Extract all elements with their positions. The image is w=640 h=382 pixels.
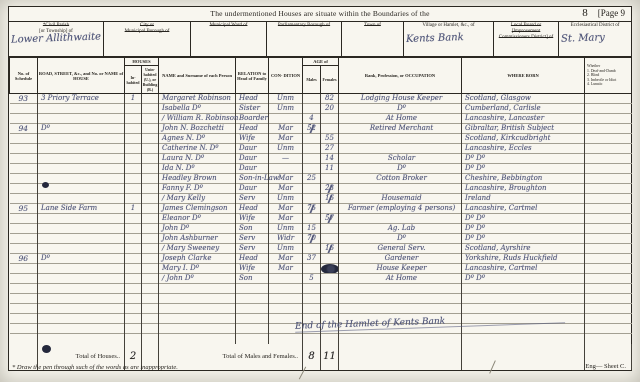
house-name [38, 134, 125, 144]
where-born: Dº Dº [462, 274, 585, 284]
person-name: John Dº [159, 274, 236, 284]
column-headers: No. of Schedule ROAD, STREET, &c., and N… [10, 58, 632, 94]
uninhabited-mark [142, 124, 159, 134]
age-male [303, 194, 321, 204]
table-row: 93 3 Priory Terrace 1 Margaret Robinson … [10, 94, 632, 104]
age-female [321, 124, 339, 134]
schedule-number [10, 304, 38, 314]
house-name [38, 274, 125, 284]
age-female [321, 264, 339, 274]
occupation: At Home [339, 274, 462, 284]
person-name: Eleanor Dº [159, 214, 236, 224]
col-header-males: Males [303, 66, 321, 94]
occupation [339, 304, 462, 314]
condition [269, 164, 303, 174]
age-female: 14 [321, 154, 339, 164]
infirmity [585, 304, 632, 314]
where-born: Lancashire, Eccles [462, 144, 585, 154]
infirmity-item-2: 2. Blind [587, 73, 599, 77]
person-name: William R. Robinson [159, 114, 236, 124]
relation: Son [236, 224, 269, 234]
infirmity [585, 244, 632, 254]
occupation [339, 134, 462, 144]
col-header-inhabited: In-habited [125, 66, 142, 94]
uninhabited-mark [142, 114, 159, 124]
uninhabited-mark [142, 254, 159, 264]
table-row [10, 304, 632, 314]
occupation: Cotton Broker [339, 174, 462, 184]
uninhabited-mark [142, 104, 159, 114]
house-name [38, 314, 125, 324]
table-row: Catherine N. Dº Daur Unm 27 Lancashire, … [10, 144, 632, 154]
col-header-age: AGE of [303, 58, 339, 66]
infirmity [585, 104, 632, 114]
schedule-number: 95 [10, 204, 38, 214]
house-name [38, 164, 125, 174]
age-male [303, 334, 321, 344]
occupation: Dº [339, 104, 462, 114]
relation: Boarder [236, 114, 269, 124]
house-name [38, 184, 125, 194]
uninhabited-mark [142, 194, 159, 204]
occupation [339, 334, 462, 344]
age-male: 52 [303, 124, 321, 134]
schedule-number [10, 114, 38, 124]
schedule-number [10, 194, 38, 204]
house-name: Dº [38, 124, 125, 134]
header-field-value: Lower Allithwaite [11, 31, 101, 45]
where-born: Yorkshire, Ruds Huckfield [462, 254, 585, 264]
condition: Mar [269, 134, 303, 144]
occupation: General Serv. [339, 244, 462, 254]
where-born: Dº Dº [462, 234, 585, 244]
schedule-number [10, 134, 38, 144]
age-male [303, 134, 321, 144]
infirmity [585, 254, 632, 264]
col-header-schedule: No. of Schedule [10, 58, 38, 94]
person-name: John N. Bozchetti [159, 124, 236, 134]
condition [269, 304, 303, 314]
age-female [321, 334, 339, 344]
uninhabited-mark [142, 154, 159, 164]
age-female: 11 [321, 164, 339, 174]
header-field-label-line2: Commissioners District] of [499, 35, 553, 40]
person-name [159, 284, 236, 294]
where-born: Cheshire, Bebbington [462, 174, 585, 184]
person-name: Laura N. Dº [159, 154, 236, 164]
form-title-band: The undermentioned Houses are situate wi… [9, 7, 631, 22]
age-female [321, 224, 339, 234]
inhabited-mark [125, 234, 142, 244]
age-female [321, 234, 339, 244]
infirmity-item-3: 3. Imbecile or Idiot [587, 78, 616, 82]
uninhabited-mark [142, 94, 159, 104]
schedule-number [10, 324, 38, 334]
house-name: Dº [38, 254, 125, 264]
age-female: 23 [321, 184, 339, 194]
inhabited-mark [125, 314, 142, 324]
where-born [462, 304, 585, 314]
page-number: 8[Page 9 [582, 7, 625, 19]
where-born: Scotland, Ayrshire [462, 244, 585, 254]
header-field-value: St. Mary [561, 32, 605, 45]
where-born: Dº Dº [462, 164, 585, 174]
uninhabited-mark [142, 234, 159, 244]
total-persons-label: Total of Males and Females.. [159, 344, 303, 370]
person-name: John Ashburner [159, 234, 236, 244]
uninhabited-mark [142, 274, 159, 284]
table-row: John Dº Son Unm 15 Ag. Lab Dº Dº [10, 224, 632, 234]
schedule-number: 93 [10, 94, 38, 104]
inhabited-mark [125, 254, 142, 264]
schedule-number [10, 274, 38, 284]
total-females-value: 11 [321, 344, 339, 370]
uninhabited-mark [142, 314, 159, 324]
table-row [10, 284, 632, 294]
table-row: John Ashburner Serv Widr 70 Dº Dº Dº [10, 234, 632, 244]
page-label: [Page 9 [598, 8, 625, 18]
age-male [303, 304, 321, 314]
infirmity [585, 174, 632, 184]
header-field-label: Ecclesiastical District of [561, 23, 629, 29]
inhabited-mark [125, 114, 142, 124]
where-born [462, 334, 585, 344]
condition: Unm [269, 144, 303, 154]
where-born: Lancashire, Cartmel [462, 204, 585, 214]
uninhabited-mark [142, 204, 159, 214]
age-female [321, 114, 339, 124]
infirmity [585, 234, 632, 244]
totals-born-cell [462, 344, 585, 370]
relation: Head [236, 204, 269, 214]
header-field-label-line1: City or [140, 23, 154, 28]
condition: Mar [269, 214, 303, 224]
person-name: Fanny F. Dº [159, 184, 236, 194]
uninhabited-mark [142, 134, 159, 144]
house-name [38, 304, 125, 314]
inhabited-mark [125, 144, 142, 154]
occupation: Dº [339, 164, 462, 174]
age-female: 20 [321, 104, 339, 114]
header-field: Parliamentary Borough of [267, 22, 342, 56]
house-name [38, 284, 125, 294]
inhabited-mark: 1 [125, 204, 142, 214]
house-name [38, 144, 125, 154]
schedule-number [10, 224, 38, 234]
age-male [303, 214, 321, 224]
condition: Unm [269, 94, 303, 104]
relation: Wife [236, 214, 269, 224]
age-male [303, 94, 321, 104]
house-name [38, 114, 125, 124]
person-name [159, 294, 236, 304]
occupation: At Home [339, 114, 462, 124]
where-born: Lancashire, Lancaster [462, 114, 585, 124]
occupation [339, 184, 462, 194]
condition: Mar [269, 204, 303, 214]
uninhabited-mark [142, 264, 159, 274]
condition: Widr [269, 234, 303, 244]
schedule-number [10, 244, 38, 254]
infirmity [585, 164, 632, 174]
header-field-label-line1: *Civil Parish [43, 23, 69, 28]
person-name [159, 324, 236, 334]
relation: Daur [236, 184, 269, 194]
schedule-number [10, 314, 38, 324]
relation: Serv [236, 194, 269, 204]
person-name [159, 314, 236, 324]
header-field: Town of [342, 22, 404, 56]
uninhabited-mark [142, 224, 159, 234]
person-name: Margaret Robinson [159, 94, 236, 104]
col-header-houses: HOUSES [125, 58, 159, 66]
inhabited-mark [125, 124, 142, 134]
relation [236, 314, 269, 324]
header-field-label-line2: Municipal Borough of [125, 29, 170, 34]
col-header-occupation: Rank, Profession, or OCCUPATION [339, 58, 462, 94]
person-name: Agnes N. Dº [159, 134, 236, 144]
infirmity-item-1: 1. Deaf-and-Dumb [587, 69, 616, 73]
table-row: Eleanor Dº Wife Mar 57 Dº Dº [10, 214, 632, 224]
relation: Son [236, 274, 269, 284]
header-fields: *Civil Parish [or Township] of Lower All… [9, 22, 631, 57]
header-field-label-line1: Municipal Ward of [210, 23, 248, 28]
infirmity [585, 134, 632, 144]
age-female: 55 [321, 134, 339, 144]
uninhabited-mark [142, 184, 159, 194]
age-male [303, 294, 321, 304]
inhabited-mark [125, 134, 142, 144]
schedule-number: 94 [10, 124, 38, 134]
table-row: Isabella Dº Sister Unm 20 Dº Cumberland,… [10, 104, 632, 114]
header-field: *Civil Parish [or Township] of Lower All… [9, 22, 104, 56]
age-male: 15 [303, 224, 321, 234]
house-name [38, 194, 125, 204]
inhabited-mark [125, 304, 142, 314]
inhabited-mark [125, 184, 142, 194]
relation: Head [236, 124, 269, 134]
header-field-label-line1: Parliamentary Borough of [278, 23, 330, 28]
infirmity [585, 294, 632, 304]
header-field-label: Village or Hamlet, &c., of [406, 23, 491, 29]
house-name [38, 214, 125, 224]
person-name: James Clemingson [159, 204, 236, 214]
uninhabited-mark [142, 174, 159, 184]
header-field-label: Town of [344, 23, 401, 29]
table-row: 96 Dº Joseph Clarke Head Mar 37 Gardener… [10, 254, 632, 264]
uninhabited-mark [142, 214, 159, 224]
inhabited-mark [125, 294, 142, 304]
inhabited-mark [125, 194, 142, 204]
where-born: Scotland, Glasgow [462, 94, 585, 104]
age-male [303, 144, 321, 154]
schedule-number [10, 294, 38, 304]
schedule-number [10, 154, 38, 164]
relation: Daur [236, 164, 269, 174]
occupation: Lodging House Keeper [339, 94, 462, 104]
person-name [159, 304, 236, 314]
schedule-number [10, 144, 38, 154]
age-male: 5 [303, 274, 321, 284]
infirmity [585, 334, 632, 344]
age-female [321, 204, 339, 214]
occupation: Housemaid [339, 194, 462, 204]
infirmity [585, 154, 632, 164]
age-female [321, 304, 339, 314]
table-row: Mary I. Dº Wife Mar House Keeper Lancash… [10, 264, 632, 274]
col-header-name: NAME and Surname of each Person [159, 58, 236, 94]
person-name: Mary Sweeney [159, 244, 236, 254]
header-field-label: Municipal Ward of [193, 23, 264, 29]
condition: Mar [269, 264, 303, 274]
header-field: Village or Hamlet, &c., of Kents Bank [404, 22, 494, 56]
inhabited-mark [125, 214, 142, 224]
header-field: Ecclesiastical District of St. Mary [559, 22, 631, 56]
uninhabited-mark [142, 244, 159, 254]
relation: Head [236, 254, 269, 264]
person-name: John Dº [159, 224, 236, 234]
table-row: Laura N. Dº Daur — 14 Scholar Dº Dº [10, 154, 632, 164]
relation: Serv [236, 244, 269, 254]
schedule-number [10, 214, 38, 224]
header-field: City or Municipal Borough of [104, 22, 191, 56]
infirmity-title: Whether [587, 64, 600, 68]
infirmity [585, 194, 632, 204]
uninhabited-mark [142, 144, 159, 154]
age-male: 4 [303, 114, 321, 124]
footnote: * Draw the pen through such of the words… [12, 364, 178, 371]
table-row: Headley Brown Son-in-Law Mar 25 Cotton B… [10, 174, 632, 184]
where-born [462, 284, 585, 294]
house-name [38, 224, 125, 234]
infirmity [585, 94, 632, 104]
inhabited-mark [125, 164, 142, 174]
inhabited-mark [125, 174, 142, 184]
age-female: 16 [321, 244, 339, 254]
age-female [321, 254, 339, 264]
age-male: 37 [303, 254, 321, 264]
col-header-infirmity: Whether 1. Deaf-and-Dumb 2. Blind 3. Imb… [585, 58, 632, 94]
age-female: 27 [321, 144, 339, 154]
sheet-number: 8 [582, 7, 588, 19]
where-born: Ireland [462, 194, 585, 204]
age-male [303, 164, 321, 174]
house-name [38, 174, 125, 184]
table-row: John Dº Son 5 At Home Dº Dº [10, 274, 632, 284]
census-scan-page: { "page": { "boundary_title": "The under… [0, 0, 640, 382]
relation [236, 304, 269, 314]
col-header-females: Females [321, 66, 339, 94]
condition [269, 334, 303, 344]
infirmity [585, 184, 632, 194]
where-born [462, 294, 585, 304]
inhabited-mark [125, 104, 142, 114]
condition [269, 284, 303, 294]
infirmity [585, 114, 632, 124]
occupation [339, 294, 462, 304]
sheet-mark: Eng— Sheet C. [585, 363, 626, 370]
schedule-number [10, 184, 38, 194]
relation: Sister [236, 104, 269, 114]
uninhabited-mark [142, 334, 159, 344]
infirmity [585, 124, 632, 134]
condition: Unm [269, 244, 303, 254]
relation: Daur [236, 144, 269, 154]
person-name: Catherine N. Dº [159, 144, 236, 154]
schedule-number [10, 264, 38, 274]
relation: Head [236, 94, 269, 104]
inhabited-mark [125, 274, 142, 284]
person-name: Mary Kelly [159, 194, 236, 204]
house-name [38, 294, 125, 304]
header-field-value: Kents Bank [406, 32, 464, 45]
header-field-label-line1: Town of [364, 23, 381, 28]
inhabited-mark [125, 334, 142, 344]
uninhabited-mark [142, 164, 159, 174]
age-male [303, 264, 321, 274]
person-name: Ida N. Dº [159, 164, 236, 174]
house-name [38, 264, 125, 274]
table-row [10, 294, 632, 304]
age-female [321, 274, 339, 284]
uninhabited-mark [142, 304, 159, 314]
where-born: Dº Dº [462, 154, 585, 164]
where-born: Gibraltar, British Subject [462, 124, 585, 134]
schedule-number [10, 234, 38, 244]
condition: Mar [269, 184, 303, 194]
where-born: Cumberland, Carlisle [462, 104, 585, 114]
infirmity [585, 314, 632, 324]
relation [236, 284, 269, 294]
person-name: Mary I. Dº [159, 264, 236, 274]
table-row: Mary Kelly Serv Unm 16 Housemaid Ireland [10, 194, 632, 204]
condition: Mar [269, 124, 303, 134]
occupation [339, 284, 462, 294]
condition: Mar [269, 254, 303, 264]
age-female: 57 [321, 214, 339, 224]
relation [236, 324, 269, 334]
occupation: Retired Merchant [339, 124, 462, 134]
col-header-condition: CON- DITION [269, 58, 303, 94]
header-field-label-line1: Village or Hamlet, &c., of [422, 23, 474, 28]
house-name [38, 154, 125, 164]
inhabited-mark [125, 324, 142, 334]
infirmity [585, 144, 632, 154]
relation: Serv [236, 234, 269, 244]
occupation: Scholar [339, 154, 462, 164]
where-born: Dº Dº [462, 214, 585, 224]
occupation: Gardener [339, 254, 462, 264]
table-row [10, 334, 632, 344]
house-name [38, 234, 125, 244]
table-row: 94 Dº John N. Bozchetti Head Mar 52 Reti… [10, 124, 632, 134]
inhabited-mark [125, 264, 142, 274]
house-name [38, 104, 125, 114]
house-name: 3 Priory Terrace [38, 94, 125, 104]
condition: Unm [269, 194, 303, 204]
relation: Son-in-Law [236, 174, 269, 184]
header-field-label: Local Board or [Improvement Commissioner… [496, 23, 556, 41]
condition [269, 114, 303, 124]
occupation [339, 144, 462, 154]
infirmity-item-4: 4. Lunatic [587, 82, 602, 86]
house-name [38, 334, 125, 344]
header-field: Local Board or [Improvement Commissioner… [494, 22, 559, 56]
schedule-number [10, 334, 38, 344]
inhabited-mark [125, 224, 142, 234]
ink-blot [42, 182, 49, 188]
house-name: Lane Side Farm [38, 204, 125, 214]
